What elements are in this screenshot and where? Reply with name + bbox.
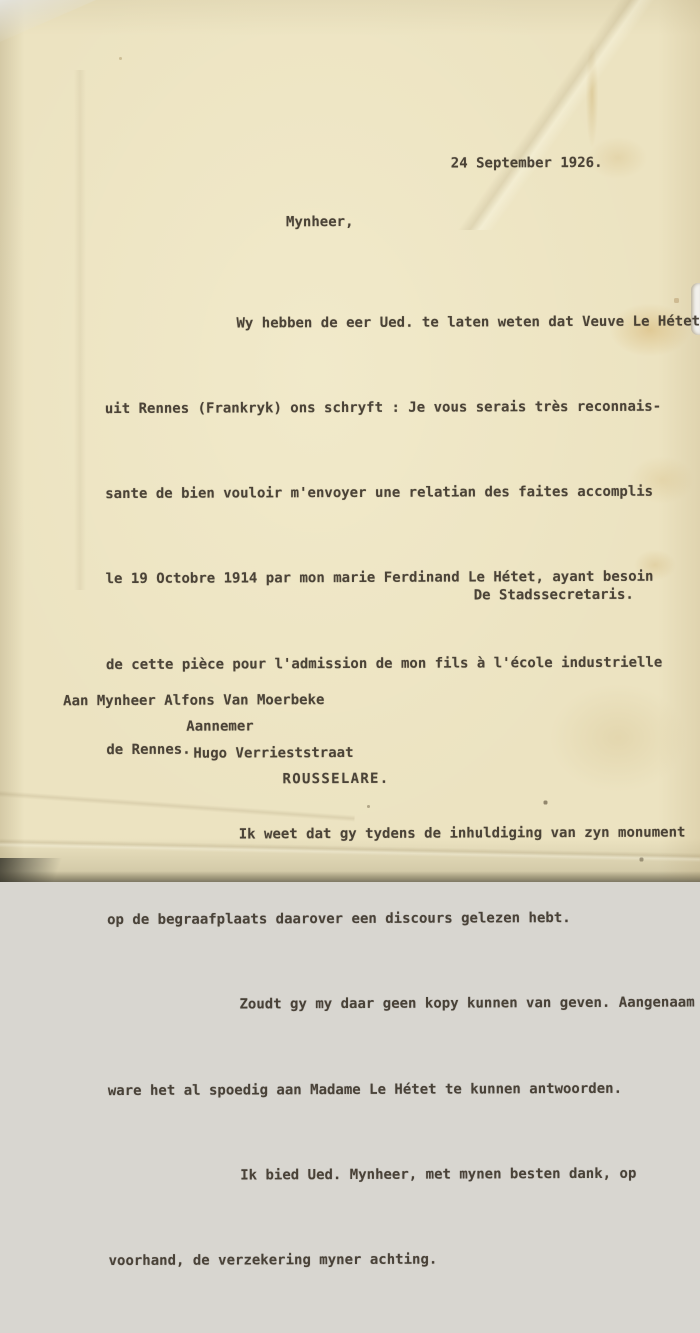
address-line: ROUSSELARE. — [282, 771, 389, 787]
body-line: de cette pièce pour l'admission de mon f… — [106, 648, 700, 679]
letter-salutation: Mynheer, — [286, 214, 354, 230]
body-line: Wy hebben de eer Ued. te laten weten dat… — [104, 307, 700, 338]
letter-signature: De Stadssecretaris. — [474, 587, 634, 604]
address-line: Aan Mynheer Alfons Van Moerbeke — [63, 692, 324, 709]
body-line: sante de bien vouloir m'envoyer une rela… — [105, 478, 700, 509]
body-line: uit Rennes (Frankryk) ons schryft : Je v… — [105, 392, 700, 423]
address-line: Hugo Verrieststraat — [193, 745, 353, 762]
letter-body: Wy hebben de eer Ued. te laten weten dat… — [104, 250, 700, 882]
body-line: Ik weet dat gy tydens de inhuldiging van… — [107, 818, 700, 849]
scanned-letter-paper: 24 September 1926. Mynheer, Wy hebben de… — [0, 0, 700, 882]
letter-text: 24 September 1926. Mynheer, Wy hebben de… — [0, 0, 700, 882]
address-line: Aannemer — [186, 718, 254, 734]
letter-date: 24 September 1926. — [451, 155, 603, 172]
